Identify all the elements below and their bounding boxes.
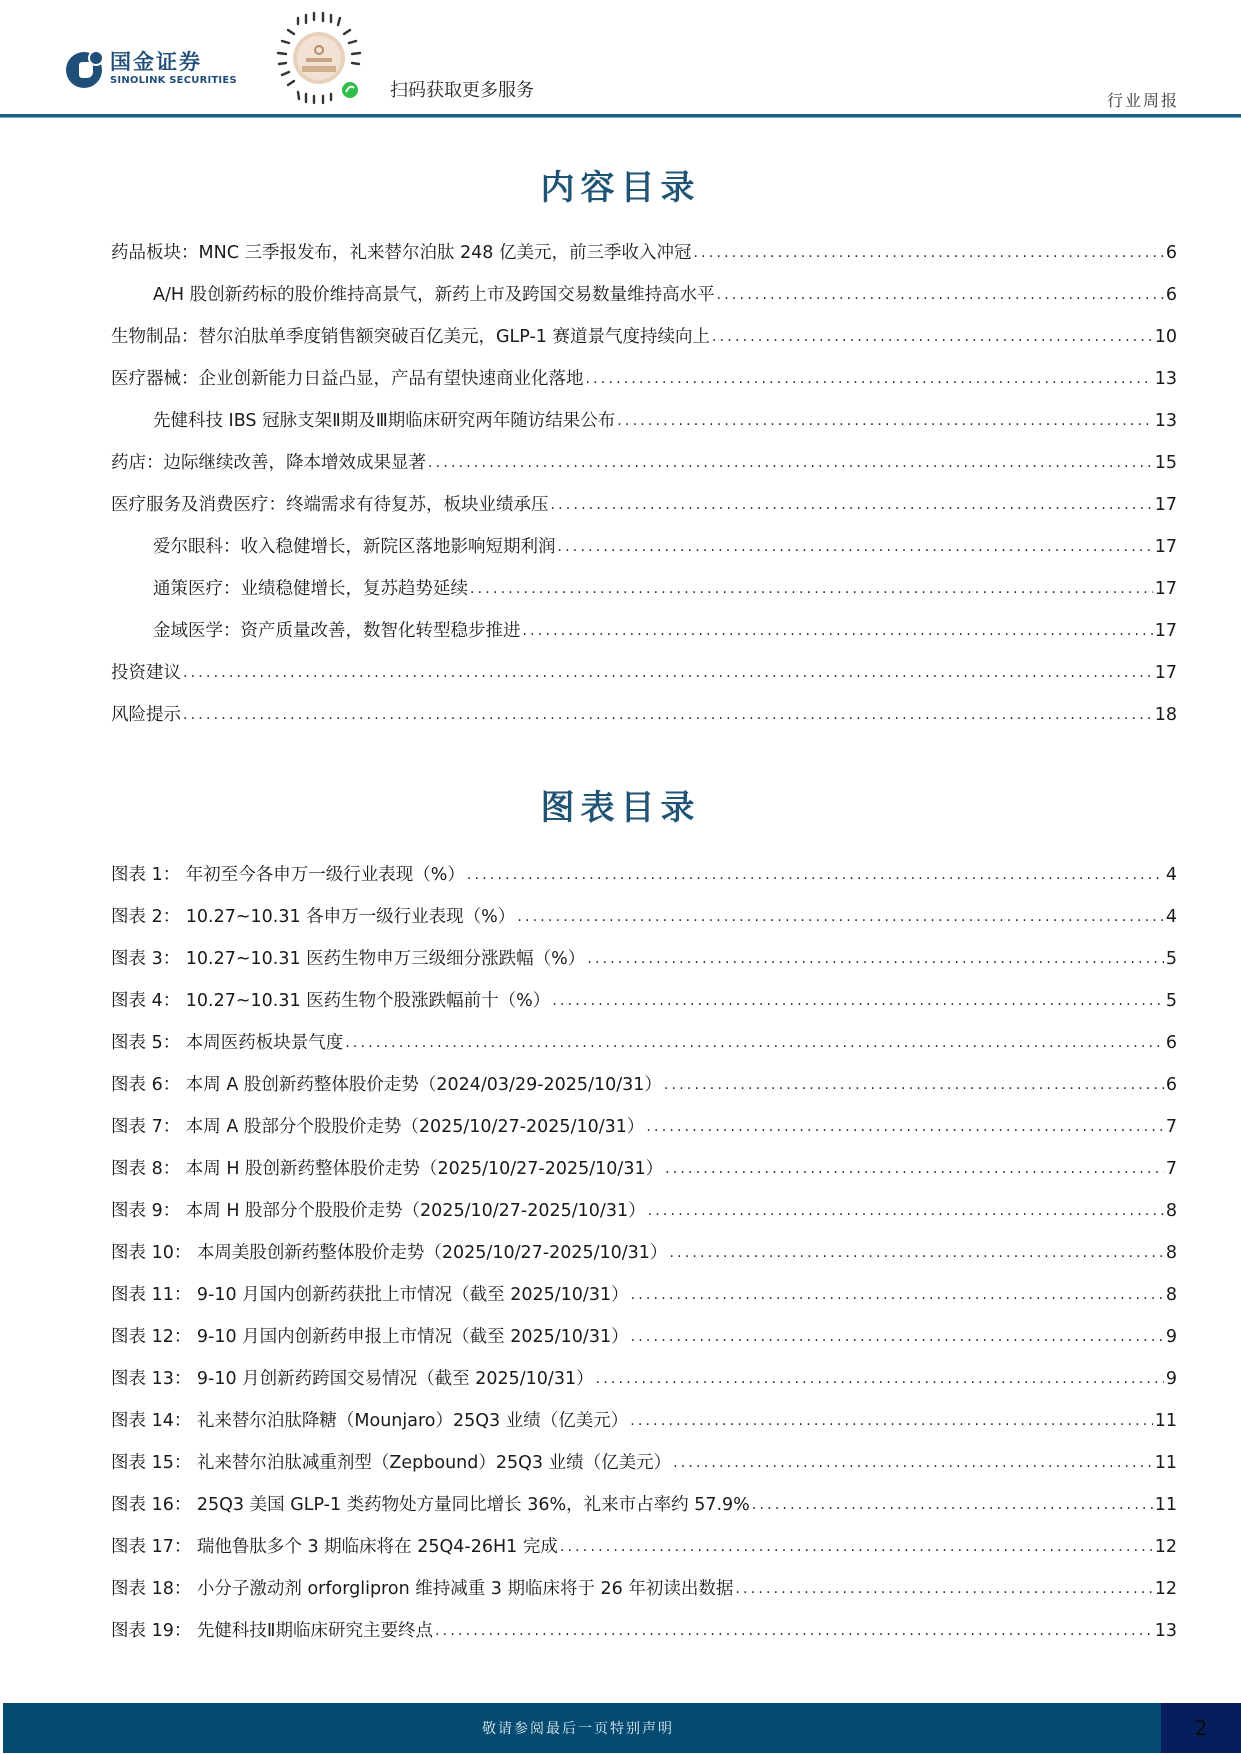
figures-heading: 图表目录 bbox=[0, 780, 1241, 829]
figure-page-number: 6 bbox=[1166, 1072, 1177, 1098]
figure-item[interactable]: 图表 3： 10.27~10.31 医药生物申万三级细分涨跌幅（%）5 bbox=[111, 946, 1177, 972]
toc-page-number: 17 bbox=[1155, 618, 1177, 644]
toc-item[interactable]: 药店：边际继续改善，降本增效成果显著15 bbox=[111, 450, 1177, 476]
figure-item[interactable]: 图表 16： 25Q3 美国 GLP-1 类药物处方量同比增长 36%，礼来市占… bbox=[111, 1492, 1177, 1518]
toc-page-number: 13 bbox=[1155, 408, 1177, 434]
page-footer: 敬请参阅最后一页特别声明 2 bbox=[3, 1703, 1241, 1753]
toc-page-number: 17 bbox=[1155, 576, 1177, 602]
figure-page-number: 13 bbox=[1155, 1618, 1177, 1644]
report-type-label: 行业周报 bbox=[1107, 88, 1179, 111]
figure-page-number: 11 bbox=[1155, 1408, 1177, 1434]
figure-item[interactable]: 图表 14： 礼来替尔泊肽降糖（Mounjaro）25Q3 业绩（亿美元）11 bbox=[111, 1408, 1177, 1434]
figure-page-number: 4 bbox=[1166, 904, 1177, 930]
figure-page-number: 6 bbox=[1166, 1030, 1177, 1056]
figure-page-number: 5 bbox=[1166, 946, 1177, 972]
figure-item[interactable]: 图表 9： 本周 H 股部分个股股价走势（2025/10/27-2025/10/… bbox=[111, 1198, 1177, 1224]
toc-page-number: 6 bbox=[1166, 282, 1177, 308]
toc-item[interactable]: 投资建议17 bbox=[111, 660, 1177, 686]
toc-item[interactable]: 金域医学：资产质量改善，数智化转型稳步推进17 bbox=[153, 618, 1177, 644]
toc-item[interactable]: 药品板块：MNC 三季报发布，礼来替尔泊肽 248 亿美元，前三季收入冲冠6 bbox=[111, 240, 1177, 266]
header-divider bbox=[0, 114, 1241, 118]
figure-item[interactable]: 图表 17： 瑞他鲁肽多个 3 期临床将在 25Q4-26H1 完成12 bbox=[111, 1534, 1177, 1560]
figure-item[interactable]: 图表 7： 本周 A 股部分个股股价走势（2025/10/27-2025/10/… bbox=[111, 1114, 1177, 1140]
figure-item[interactable]: 图表 12： 9-10 月国内创新药申报上市情况（截至 2025/10/31）9 bbox=[111, 1324, 1177, 1350]
figure-item[interactable]: 图表 2： 10.27~10.31 各申万一级行业表现（%）4 bbox=[111, 904, 1177, 930]
figure-page-number: 9 bbox=[1166, 1324, 1177, 1350]
figure-page-number: 7 bbox=[1166, 1156, 1177, 1182]
sinolink-logo: 国金证券 SINOLINK SECURITIES bbox=[66, 50, 237, 88]
toc-page-number: 18 bbox=[1155, 702, 1177, 728]
toc-page-number: 17 bbox=[1155, 660, 1177, 686]
figure-page-number: 9 bbox=[1166, 1366, 1177, 1392]
figure-item[interactable]: 图表 8： 本周 H 股创新药整体股价走势（2025/10/27-2025/10… bbox=[111, 1156, 1177, 1182]
figure-item[interactable]: 图表 6： 本周 A 股创新药整体股价走势（2024/03/29-2025/10… bbox=[111, 1072, 1177, 1098]
figure-item[interactable]: 图表 11： 9-10 月国内创新药获批上市情况（截至 2025/10/31）8 bbox=[111, 1282, 1177, 1308]
toc-page-number: 15 bbox=[1155, 450, 1177, 476]
figure-page-number: 11 bbox=[1155, 1492, 1177, 1518]
footer-disclaimer[interactable]: 敬请参阅最后一页特别声明 bbox=[3, 1718, 1153, 1738]
toc-heading: 内容目录 bbox=[0, 160, 1241, 209]
figure-page-number: 12 bbox=[1155, 1576, 1177, 1602]
figure-item[interactable]: 图表 19： 先健科技Ⅱ期临床研究主要终点13 bbox=[111, 1618, 1177, 1644]
toc-item[interactable]: 医疗服务及消费医疗：终端需求有待复苏，板块业绩承压17 bbox=[111, 492, 1177, 518]
toc-item[interactable]: 通策医疗：业绩稳健增长，复苏趋势延续17 bbox=[153, 576, 1177, 602]
figure-item[interactable]: 图表 10： 本周美股创新药整体股价走势（2025/10/27-2025/10/… bbox=[111, 1240, 1177, 1266]
toc-item[interactable]: 生物制品：替尔泊肽单季度销售额突破百亿美元，GLP-1 赛道景气度持续向上10 bbox=[111, 324, 1177, 350]
figure-item[interactable]: 图表 1： 年初至今各申万一级行业表现（%）4 bbox=[111, 862, 1177, 888]
logo-mark-icon bbox=[66, 50, 104, 88]
figure-page-number: 4 bbox=[1166, 862, 1177, 888]
toc-item[interactable]: 爱尔眼科：收入稳健增长，新院区落地影响短期利润17 bbox=[153, 534, 1177, 560]
toc-item[interactable]: 医疗器械：企业创新能力日益凸显，产品有望快速商业化落地13 bbox=[111, 366, 1177, 392]
logo-chinese-name: 国金证券 bbox=[110, 52, 237, 73]
figure-item[interactable]: 图表 18： 小分子激动剂 orforglipron 维持减重 3 期临床将于 … bbox=[111, 1576, 1177, 1602]
toc-item[interactable]: 风险提示18 bbox=[111, 702, 1177, 728]
figure-item[interactable]: 图表 5： 本周医药板块景气度6 bbox=[111, 1030, 1177, 1056]
figure-item[interactable]: 图表 4： 10.27~10.31 医药生物个股涨跌幅前十（%）5 bbox=[111, 988, 1177, 1014]
figure-item[interactable]: 图表 13： 9-10 月创新药跨国交易情况（截至 2025/10/31）9 bbox=[111, 1366, 1177, 1392]
figure-page-number: 7 bbox=[1166, 1114, 1177, 1140]
toc-page-number: 10 bbox=[1155, 324, 1177, 350]
page-header: 国金证券 SINOLINK SECURITIES 扫码获取更多服务 bbox=[0, 0, 1241, 118]
toc-page-number: 17 bbox=[1155, 492, 1177, 518]
figure-page-number: 11 bbox=[1155, 1450, 1177, 1476]
toc-page-number: 13 bbox=[1155, 366, 1177, 392]
page-number: 2 bbox=[1161, 1703, 1241, 1753]
figure-page-number: 8 bbox=[1166, 1240, 1177, 1266]
logo-english-name: SINOLINK SECURITIES bbox=[110, 76, 237, 86]
figure-page-number: 8 bbox=[1166, 1198, 1177, 1224]
figure-page-number: 8 bbox=[1166, 1282, 1177, 1308]
toc-page-number: 17 bbox=[1155, 534, 1177, 560]
qr-code-icon[interactable] bbox=[268, 8, 370, 108]
figure-page-number: 12 bbox=[1155, 1534, 1177, 1560]
figure-page-number: 5 bbox=[1166, 988, 1177, 1014]
qr-label: 扫码获取更多服务 bbox=[390, 76, 534, 102]
toc-item[interactable]: A/H 股创新药标的股价维持高景气，新药上市及跨国交易数量维持高水平6 bbox=[153, 282, 1177, 308]
toc-page-number: 6 bbox=[1166, 240, 1177, 266]
figure-item[interactable]: 图表 15： 礼来替尔泊肽减重剂型（Zepbound）25Q3 业绩（亿美元）1… bbox=[111, 1450, 1177, 1476]
toc-item[interactable]: 先健科技 IBS 冠脉支架Ⅱ期及Ⅲ期临床研究两年随访结果公布13 bbox=[153, 408, 1177, 434]
